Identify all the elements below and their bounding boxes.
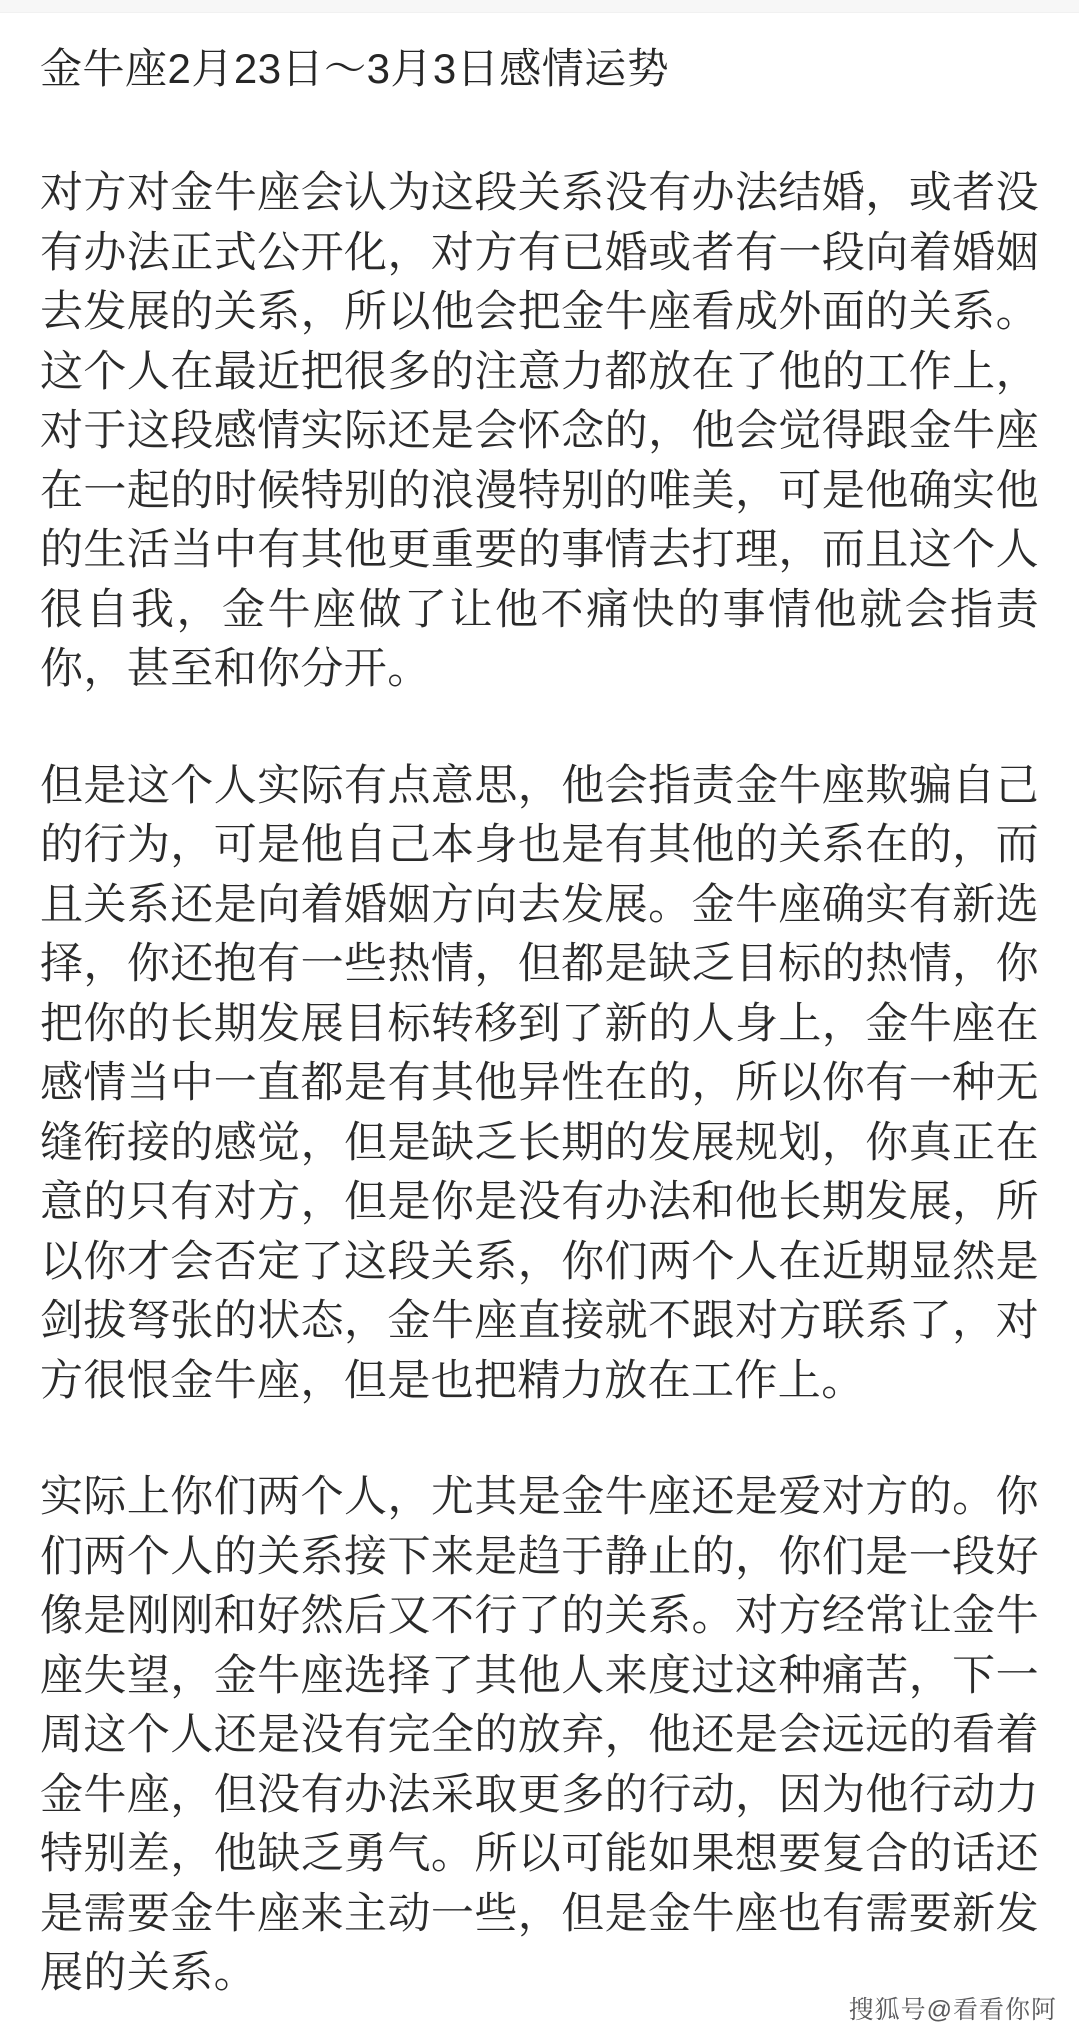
article-paragraph-1: 对方对金牛座会认为这段关系没有办法结婚，或者没有办法正式公开化，对方有已婚或者有… bbox=[40, 164, 1039, 700]
article-paragraph-2: 但是这个人实际有点意思，他会指责金牛座欺骗自己的行为，可是他自己本身也是有其他的… bbox=[40, 757, 1039, 1412]
article-screen: 金牛座2月23日～3月3日感情运势 对方对金牛座会认为这段关系没有办法结婚，或者… bbox=[0, 0, 1079, 2034]
sohu-watermark: 搜狐号@看看你阿 bbox=[849, 1990, 1057, 2026]
status-bar-strip bbox=[0, 0, 1079, 13]
article-paragraph-3: 实际上你们两个人，尤其是金牛座还是爱对方的。你们两个人的关系接下来是趋于静止的，… bbox=[40, 1468, 1039, 2004]
article-body: 金牛座2月23日～3月3日感情运势 对方对金牛座会认为这段关系没有办法结婚，或者… bbox=[0, 44, 1079, 2004]
article-title: 金牛座2月23日～3月3日感情运势 bbox=[40, 44, 1039, 94]
